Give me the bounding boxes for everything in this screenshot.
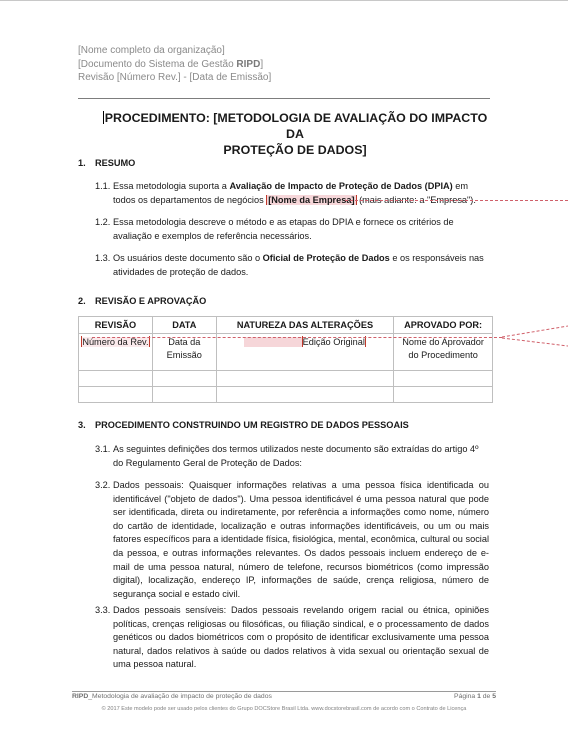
table-cell[interactable] (79, 387, 153, 403)
revision-table: REVISÃO DATA NATUREZA DAS ALTERAÇÕES APR… (78, 316, 493, 403)
col-header-aprovado: APROVADO POR: (394, 317, 493, 334)
section-heading-procedimento: 3.PROCEDIMENTO CONSTRUINDO UM REGISTRO D… (78, 420, 409, 430)
cell-issue-date[interactable]: Data da Emissão (152, 334, 216, 371)
paragraph-1-1: 1.1. Essa metodologia suporta a Avaliaçã… (95, 180, 489, 207)
table-cell[interactable] (79, 371, 153, 387)
page-number: Página 1 de 5 (454, 693, 496, 700)
footer-divider (72, 691, 496, 692)
comment-connector-line (92, 337, 502, 338)
paragraph-3-2: 3.2. Dados pessoais: Quaisquer informaçõ… (95, 479, 489, 601)
footer-doc-name: RIPD_Metodologia de avaliação de impacto… (72, 693, 272, 700)
document-title[interactable]: PROCEDIMENTO: [METODOLOGIA DE AVALIAÇÃO … (100, 110, 490, 158)
cell-change-nature[interactable]: Edição Original (216, 334, 393, 371)
cell-revision-number[interactable]: Número da Rev. (79, 334, 153, 371)
table-cell[interactable] (216, 387, 393, 403)
section-heading-resumo: 1.RESUMO (78, 158, 135, 168)
window-top-border (0, 0, 568, 1)
comment-connector-line (345, 200, 568, 201)
header-divider (78, 98, 490, 99)
col-header-revisao: REVISÃO (79, 317, 153, 334)
table-cell[interactable] (152, 387, 216, 403)
paragraph-3-1: 3.1. As seguintes definições dos termos … (95, 443, 489, 470)
page-footer: RIPD_Metodologia de avaliação de impacto… (72, 693, 496, 700)
text-cursor (103, 111, 104, 124)
table-cell[interactable] (216, 371, 393, 387)
section-heading-revisao: 2.REVISÃO E APROVAÇÃO (78, 296, 206, 306)
header-doc-system: [Documento do Sistema de Gestão RIPD] (78, 58, 271, 72)
header-org-name: [Nome completo da organização] (78, 44, 271, 58)
header-revision: Revisão [Número Rev.] - [Data de Emissão… (78, 71, 271, 85)
paragraph-1-2: 1.2. Essa metodologia descreve o método … (95, 216, 489, 243)
company-name-placeholder[interactable]: [Nome da Empresa] (266, 195, 356, 205)
cell-approver[interactable]: Nome do Aprovador do Procedimento (394, 334, 493, 371)
table-header-row: REVISÃO DATA NATUREZA DAS ALTERAÇÕES APR… (79, 317, 493, 334)
table-cell[interactable] (394, 387, 493, 403)
comment-connector-lines (500, 322, 568, 348)
col-header-natureza: NATUREZA DAS ALTERAÇÕES (216, 317, 393, 334)
footer-copyright: © 2017 Este modelo pode ser usado pelos … (72, 706, 496, 712)
col-header-data: DATA (152, 317, 216, 334)
table-row: Número da Rev. Data da Emissão Edição Or… (79, 334, 493, 371)
table-row (79, 387, 493, 403)
page-header: [Nome completo da organização] [Document… (78, 44, 271, 85)
paragraph-3-3: 3.3. Dados pessoais sensíveis: Dados pes… (95, 604, 489, 672)
table-row (79, 371, 493, 387)
table-cell[interactable] (152, 371, 216, 387)
table-cell[interactable] (394, 371, 493, 387)
paragraph-1-3: 1.3. Os usuários deste documento são o O… (95, 252, 489, 279)
